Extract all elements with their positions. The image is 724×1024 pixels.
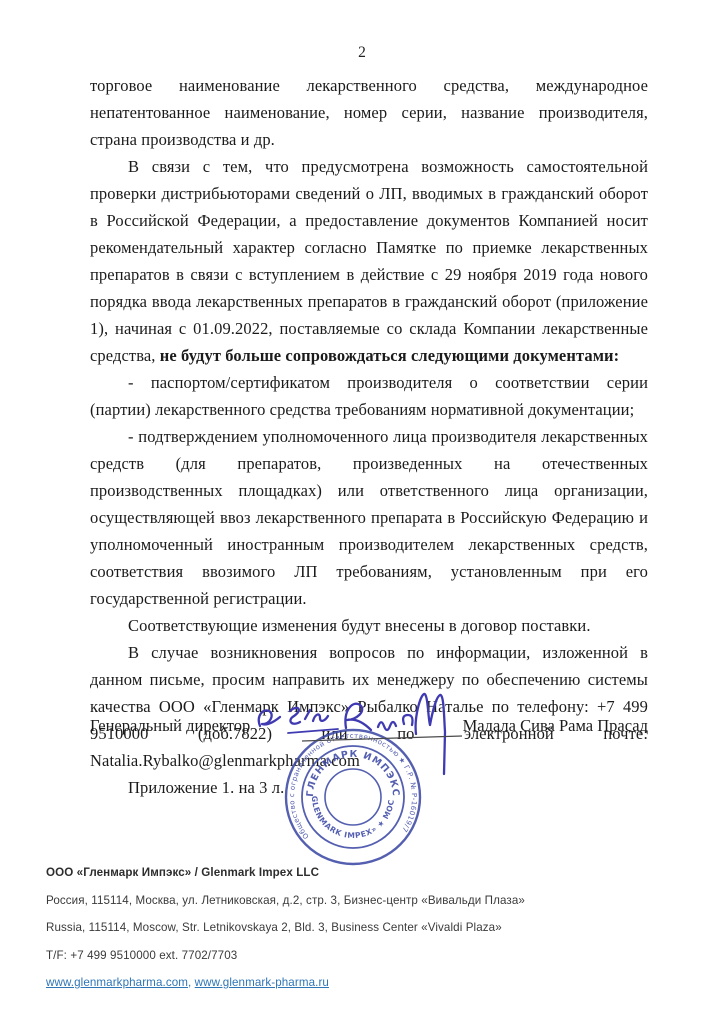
- paragraph-text: В связи с тем, что предусмотрена возможн…: [90, 157, 648, 365]
- signature-stroke-r: [345, 704, 371, 730]
- paragraph-list-item-passport: - паспортом/сертификатом производителя о…: [90, 369, 648, 423]
- paragraph-main: В связи с тем, что предусмотрена возможн…: [90, 153, 648, 369]
- footer-links-separator: ,: [188, 976, 195, 989]
- signature-underline-siva: [288, 729, 338, 733]
- page-number: 2: [0, 44, 724, 62]
- signature-stroke-siva: [290, 708, 328, 724]
- signer-title: Генеральный директор: [90, 716, 250, 736]
- signer-name: Мадала Сива Рама Прасад: [463, 716, 648, 736]
- footer-links: www.glenmarkpharma.com, www.glenmark-pha…: [46, 976, 676, 989]
- letterhead-footer: ООО «Гленмарк Импэкс» / Glenmark Impex L…: [46, 866, 676, 1004]
- footer-phone: T/F: +7 499 9510000 ext. 7702/7703: [46, 949, 676, 962]
- paragraph-list-item-confirmation: - подтверждением уполномоченного лица пр…: [90, 423, 648, 612]
- paragraph-continuation: торговое наименование лекарственного сре…: [90, 72, 648, 153]
- signature-stroke-on: [259, 710, 280, 726]
- footer-link-glenmarkpharma-com[interactable]: www.glenmarkpharma.com: [46, 976, 188, 989]
- handwritten-signature: [252, 686, 467, 778]
- signature-stroke-ma: [378, 715, 413, 730]
- paragraph-contract-changes: Соответствующие изменения будут внесены …: [90, 612, 648, 639]
- signature-stroke-m-flourish: [416, 694, 445, 774]
- letter-page: 2 торговое наименование лекарственного с…: [0, 0, 724, 1024]
- paragraph-bold-text: не будут больше сопровождаться следующим…: [160, 346, 619, 365]
- footer-address-ru: Россия, 115114, Москва, ул. Летниковская…: [46, 894, 676, 907]
- footer-address-en: Russia, 115114, Moscow, Str. Letnikovska…: [46, 921, 676, 934]
- paragraph-text: торговое наименование лекарственного сре…: [90, 76, 648, 149]
- signature-baseline: [302, 736, 462, 741]
- footer-company-name: ООО «Гленмарк Импэкс» / Glenmark Impex L…: [46, 866, 676, 879]
- footer-link-glenmark-pharma-ru[interactable]: www.glenmark-pharma.ru: [195, 976, 329, 989]
